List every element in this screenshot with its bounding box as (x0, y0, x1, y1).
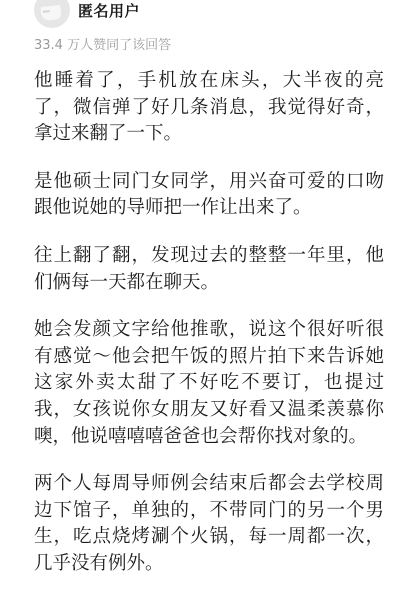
author-header: 匿名用户 (34, 0, 140, 28)
answer-paragraph: 两个人每周导师例会结束后都会去学校周边下馆子，单独的，不带同门的另一个男生，吃点… (34, 471, 384, 577)
answer-content: 他睡着了，手机放在床头，大半夜的亮了，微信弹了好几条消息，我觉得好奇，拿过来翻了… (34, 68, 384, 599)
anonymous-mask-icon (40, 5, 61, 21)
answer-paragraph: 往上翻了翻，发现过去的整整一年里，他们俩每一天都在聊天。 (34, 243, 384, 296)
answer-paragraph: 他睡着了，手机放在床头，大半夜的亮了，微信弹了好几条消息，我觉得好奇，拿过来翻了… (34, 68, 384, 148)
answer-paragraph: 是他硕士同门女同学，用兴奋可爱的口吻跟他说她的导师把一作让出来了。 (34, 169, 384, 222)
author-name[interactable]: 匿名用户 (78, 0, 140, 21)
answer-paragraph: 她会发颜文字给他推歌，说这个很好听很有感觉～他会把午饭的照片拍下来告诉她这家外卖… (34, 317, 384, 450)
vote-summary: 33.4 万人赞同了该回答 (34, 38, 171, 54)
avatar[interactable] (34, 0, 70, 28)
